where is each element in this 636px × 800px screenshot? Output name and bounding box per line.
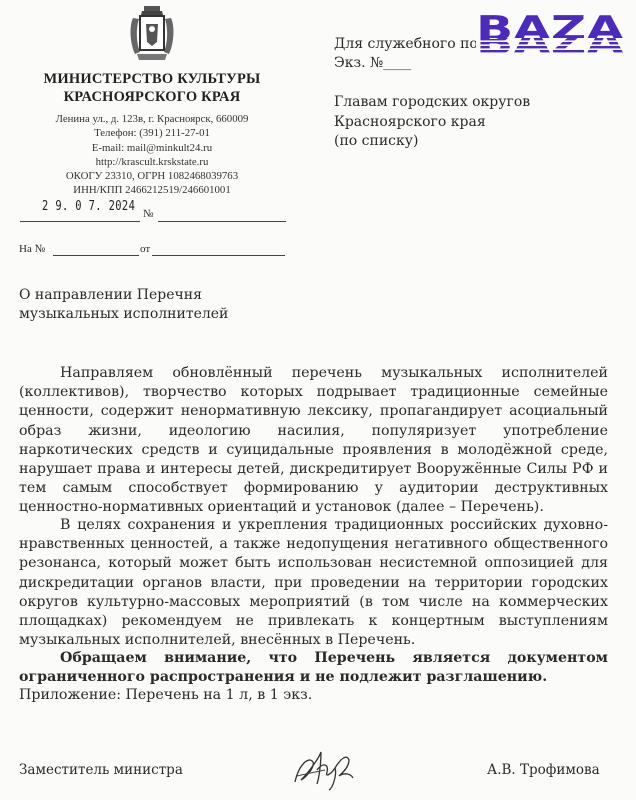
signatory-title: Заместитель министра: [19, 762, 183, 778]
reference-date-label: от: [140, 243, 150, 255]
addressee-line: Главам городских округов: [334, 93, 530, 113]
reference-number-label: На №: [19, 243, 45, 255]
organization-name: МИНИСТЕРСТВО КУЛЬТУРЫ: [0, 71, 304, 88]
addressee-line: Красноярского края: [334, 113, 530, 133]
email: E-mail: mail@minkult24.ru: [0, 141, 304, 155]
reference-date-underline: [152, 255, 285, 256]
reference-number-underline: [53, 255, 139, 256]
outgoing-number-label: №: [143, 208, 154, 220]
handwritten-signature-icon: [291, 744, 361, 792]
inn-kpp: ИНН/КПП 2466212519/246601001: [0, 183, 304, 197]
coat-of-arms-icon: [127, 4, 177, 62]
okogu-ogrn: ОКОГУ 23310, ОГРН 1082468039763: [0, 169, 304, 183]
subject-heading: О направлении Перечня музыкальных исполн…: [19, 286, 228, 324]
signatory-name: А.В. Трофимова: [487, 762, 600, 778]
body-paragraph-2: В целях сохранения и укрепления традицио…: [19, 516, 608, 650]
paragraph-text: Обращаем внимание, что Перечень является…: [19, 649, 608, 687]
addressee-block: Главам городских округов Красноярского к…: [334, 93, 530, 152]
addressee-line: (по списку): [334, 132, 530, 152]
contact-block: Ленина ул., д. 123в, г. Красноярск, 6600…: [0, 112, 304, 198]
website: http://krascult.krskstate.ru: [0, 155, 304, 169]
paragraph-text: В целях сохранения и укрепления традицио…: [19, 516, 608, 650]
body-paragraph-3: Обращаем внимание, что Перечень является…: [19, 649, 608, 687]
subject-line: О направлении Перечня: [19, 286, 228, 305]
paragraph-text: Направляем обновлённый перечень музыкаль…: [19, 364, 608, 518]
date-underline: [20, 221, 140, 222]
body-paragraph-1: Направляем обновлённый перечень музыкаль…: [19, 364, 608, 518]
outgoing-number-underline: [158, 221, 286, 222]
document-date: 2 9. 0 7. 2024: [42, 199, 135, 214]
subject-line: музыкальных исполнителей: [19, 305, 228, 324]
phone: Телефон: (391) 211-27-01: [0, 126, 304, 140]
address: Ленина ул., д. 123в, г. Красноярск, 6600…: [0, 112, 304, 126]
attachment-note: Приложение: Перечень на 1 л, в 1 экз.: [19, 687, 312, 703]
organization-region: КРАСНОЯРСКОГО КРАЯ: [0, 89, 304, 106]
baza-watermark-logo: BAZA BAZA: [476, 14, 626, 58]
copy-number: Экз. №____: [334, 55, 411, 71]
